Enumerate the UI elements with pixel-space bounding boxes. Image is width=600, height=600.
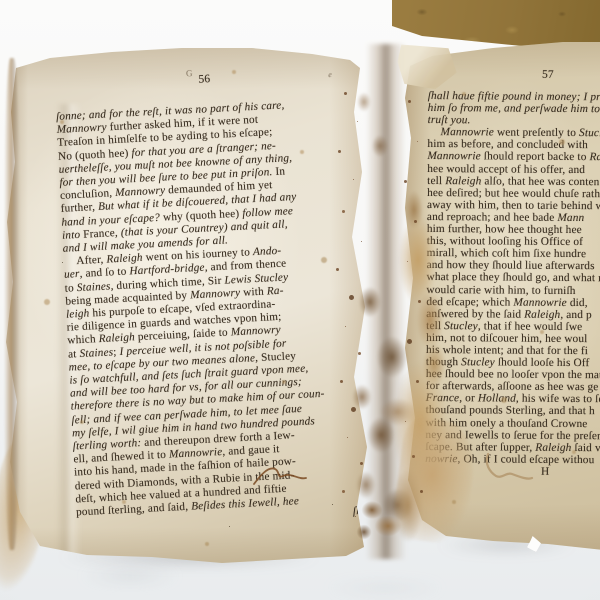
text-segment: Ra- [267, 285, 284, 298]
text-segment: ſhould looſe his Off [495, 357, 590, 370]
text-segment: Holland [478, 393, 516, 405]
signature-mark-g: G [186, 67, 193, 81]
damage-blotch [342, 76, 402, 186]
text-segment: Ra [589, 152, 600, 164]
text-segment: concluſion, [60, 187, 116, 202]
page-edge-ridge [4, 58, 20, 550]
text-segment: Stucle [579, 127, 600, 139]
text-segment: , his wife was to ſe [516, 393, 600, 406]
text-segment: Raleigh [98, 332, 135, 346]
text-segment: Staines [79, 346, 113, 360]
text-segment: him as before, and concluded with [427, 138, 588, 151]
text-segment: ſhould report backe to [481, 151, 590, 164]
text-segment: Raleigh [106, 252, 143, 266]
page-left: G e 56 ſonne; and for the reſt, it was n… [2, 42, 374, 564]
text-segment: Raleigh [535, 441, 571, 453]
text-segment: further, [60, 201, 98, 215]
text-segment: , and ſo to [79, 266, 129, 281]
text-segment: did, [567, 297, 588, 309]
text-segment: Mannowry [115, 185, 166, 200]
text-segment: ſhall haue fiftie pound in money; I pra [428, 90, 600, 103]
text-segment: ſaid v [571, 442, 600, 454]
left-text-block: G e 56 ſonne; and for the reſt, it was n… [54, 61, 377, 533]
cloth-shadow [300, 578, 470, 598]
text-segment: truſt you. [428, 114, 471, 126]
text-segment: Mannowry [231, 324, 282, 339]
text-segment: Mannowry [190, 287, 241, 302]
ink-flourish [250, 458, 310, 492]
text-segment: went preſently to [494, 127, 579, 140]
crease-mark [478, 450, 536, 490]
text-segment: to [64, 282, 77, 295]
text-segment: In [275, 165, 285, 177]
text-segment: Mannowrie [427, 150, 481, 162]
cloth-shadow [60, 563, 200, 589]
book-photo: 57 ſhall haue fiftie pound in money; I p… [0, 0, 600, 600]
text-segment: hee would accept of his offer, and [427, 163, 585, 176]
text-segment: Staines [77, 280, 111, 294]
text-segment: Mannowrie [169, 446, 223, 461]
text-segment: follow mee [242, 205, 293, 220]
text-segment: Mannowry [56, 122, 107, 137]
foxing-specks [0, 0, 4, 4]
left-text-lines: ſonne; and for the reſt, it was no part … [56, 96, 376, 520]
text-segment: Mann [557, 212, 584, 224]
stray-ink-mark: e [328, 68, 332, 81]
text-segment: , that if hee would ſwe [478, 320, 583, 333]
text-segment: leigh [66, 308, 90, 321]
text-segment: alſo, that hee was conten [481, 175, 599, 188]
text-segment: , and p [560, 309, 592, 321]
text-segment: Mannowrie [440, 126, 494, 138]
text-segment: uer [64, 268, 80, 281]
text-segment: Ando- [253, 245, 282, 258]
torn-corner [352, 492, 408, 544]
text-segment: which [67, 334, 99, 348]
text-segment: France [83, 227, 115, 241]
text-segment: After, [76, 254, 107, 268]
text-segment: into [62, 229, 84, 242]
text-segment: Raleigh [524, 308, 560, 320]
text-segment: Mannowrie [513, 296, 567, 308]
text-segment: with [240, 285, 267, 298]
text-segment: , Stucley [255, 350, 297, 364]
